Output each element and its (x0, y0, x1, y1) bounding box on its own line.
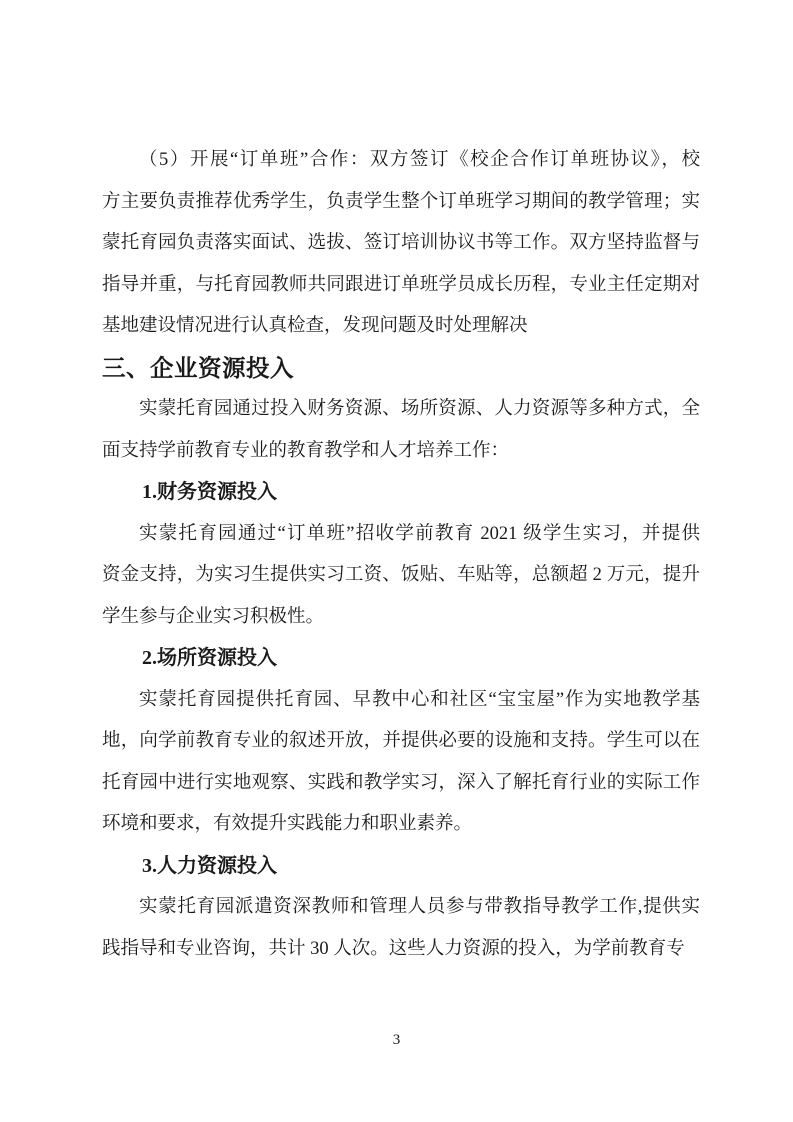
text-line: 学生参与企业实习积极性。 (102, 597, 700, 639)
text-line: 实蒙托育园派遣资深教师和管理人员参与带教指导教学工作,提供实 (102, 887, 700, 929)
text-line: 践指导和专业咨询，共计 30 人次。这些人力资源的投入，为学前教育专 (102, 929, 700, 971)
text-line: 环境和要求，有效提升实践能力和职业素养。 (102, 804, 700, 846)
text-line: 资金支持，为实习生提供实习工资、饭贴、车贴等，总额超 2 万元，提升 (102, 555, 700, 597)
subsection-heading: 3.人力资源投入 (102, 846, 700, 888)
text-line: 指导并重，与托育园教师共同跟进订单班学员成长历程，专业主任定期对 (102, 265, 700, 307)
subsection-heading: 1.财务资源投入 (102, 472, 700, 514)
text-line: 面支持学前教育专业的教育教学和人才培养工作： (102, 431, 700, 473)
subsection-heading: 2.场所资源投入 (102, 638, 700, 680)
text-line: 实蒙托育园通过投入财务资源、场所资源、人力资源等多种方式，全 (102, 389, 700, 431)
text-line: 实蒙托育园通过“订单班”招收学前教育 2021 级学生实习，并提供 (102, 514, 700, 556)
document-body: （5）开展“订单班”合作：双方签订《校企合作订单班协议》，校 方主要负责推荐优秀… (102, 140, 700, 970)
text-line: 地，向学前教育专业的叙述开放，并提供必要的设施和支持。学生可以在 (102, 721, 700, 763)
text-line: 方主要负责推荐优秀学生，负责学生整个订单班学习期间的教学管理；实 (102, 182, 700, 224)
text-line: 基地建设情况进行认真检查，发现问题及时处理解决 (102, 306, 700, 348)
text-line: 蒙托育园负责落实面试、选拔、签订培训协议书等工作。双方坚持监督与 (102, 223, 700, 265)
text-line: 实蒙托育园提供托育园、早教中心和社区“宝宝屋”作为实地教学基 (102, 680, 700, 722)
page-number: 3 (393, 1032, 401, 1048)
section-heading: 三、企业资源投入 (102, 348, 700, 390)
document-page: （5）开展“订单班”合作：双方签订《校企合作订单班协议》，校 方主要负责推荐优秀… (0, 0, 793, 1122)
text-line: 托育园中进行实地观察、实践和教学实习，深入了解托育行业的实际工作 (102, 763, 700, 805)
text-line: （5）开展“订单班”合作：双方签订《校企合作订单班协议》，校 (102, 140, 700, 182)
page-footer: 3 (0, 1032, 793, 1049)
